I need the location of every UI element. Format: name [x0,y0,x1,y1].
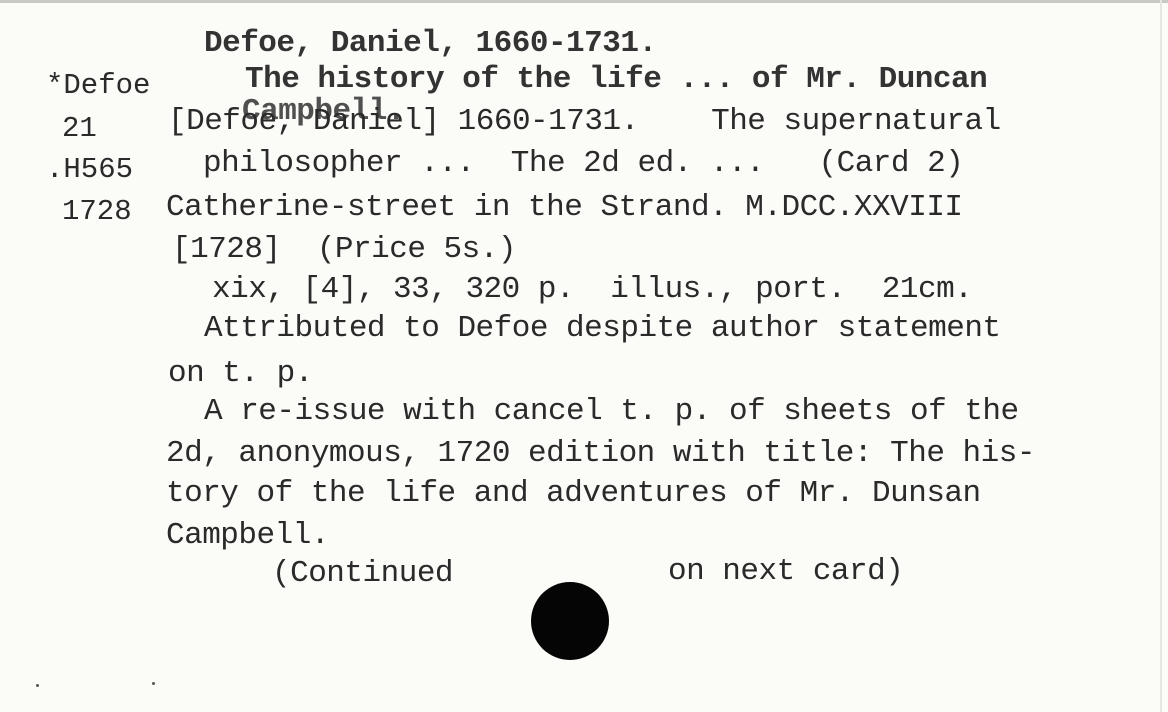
body-line-3: Catherine-street in the Strand. M.DCC.XX… [166,192,963,223]
call-number-line-1: *Defoe [46,71,150,100]
continued-left: (Continued [272,558,453,589]
note-line-2: on t. p. [168,358,313,389]
card-rod-hole [531,582,609,660]
body-line-4: [1728] (Price 5s.) [172,234,516,265]
note-line-3: A re-issue with cancel t. p. of sheets o… [204,396,1019,427]
call-number-line-3: .H565 [46,155,133,184]
note-line-5: tory of the life and adventures of Mr. D… [166,478,981,509]
body-line-2: philosopher ... The 2d ed. ... (Card 2) [203,148,963,179]
note-line-1: Attributed to Defoe despite author state… [204,313,1001,344]
note-line-4: 2d, anonymous, 1720 edition with title: … [166,438,1035,469]
call-number-line-2: 21 [62,114,97,143]
collation-line: xix, [4], 33, 320 p. illus., port. 21cm. [212,274,972,305]
card-right-edge [1160,0,1162,712]
title-heading: The history of the life ... of Mr. Dunca… [245,64,987,95]
note-line-6: Campbell. [166,520,329,551]
author-heading: Defoe, Daniel, 1660-1731. [204,28,657,59]
speck [152,682,155,685]
body-line-1: [Defoe, Daniel] 1660-1731. The supernatu… [168,106,1001,137]
card-top-edge [0,0,1168,3]
call-number-line-4: 1728 [62,197,132,226]
speck [36,684,39,687]
continued-right: on next card) [668,556,903,587]
